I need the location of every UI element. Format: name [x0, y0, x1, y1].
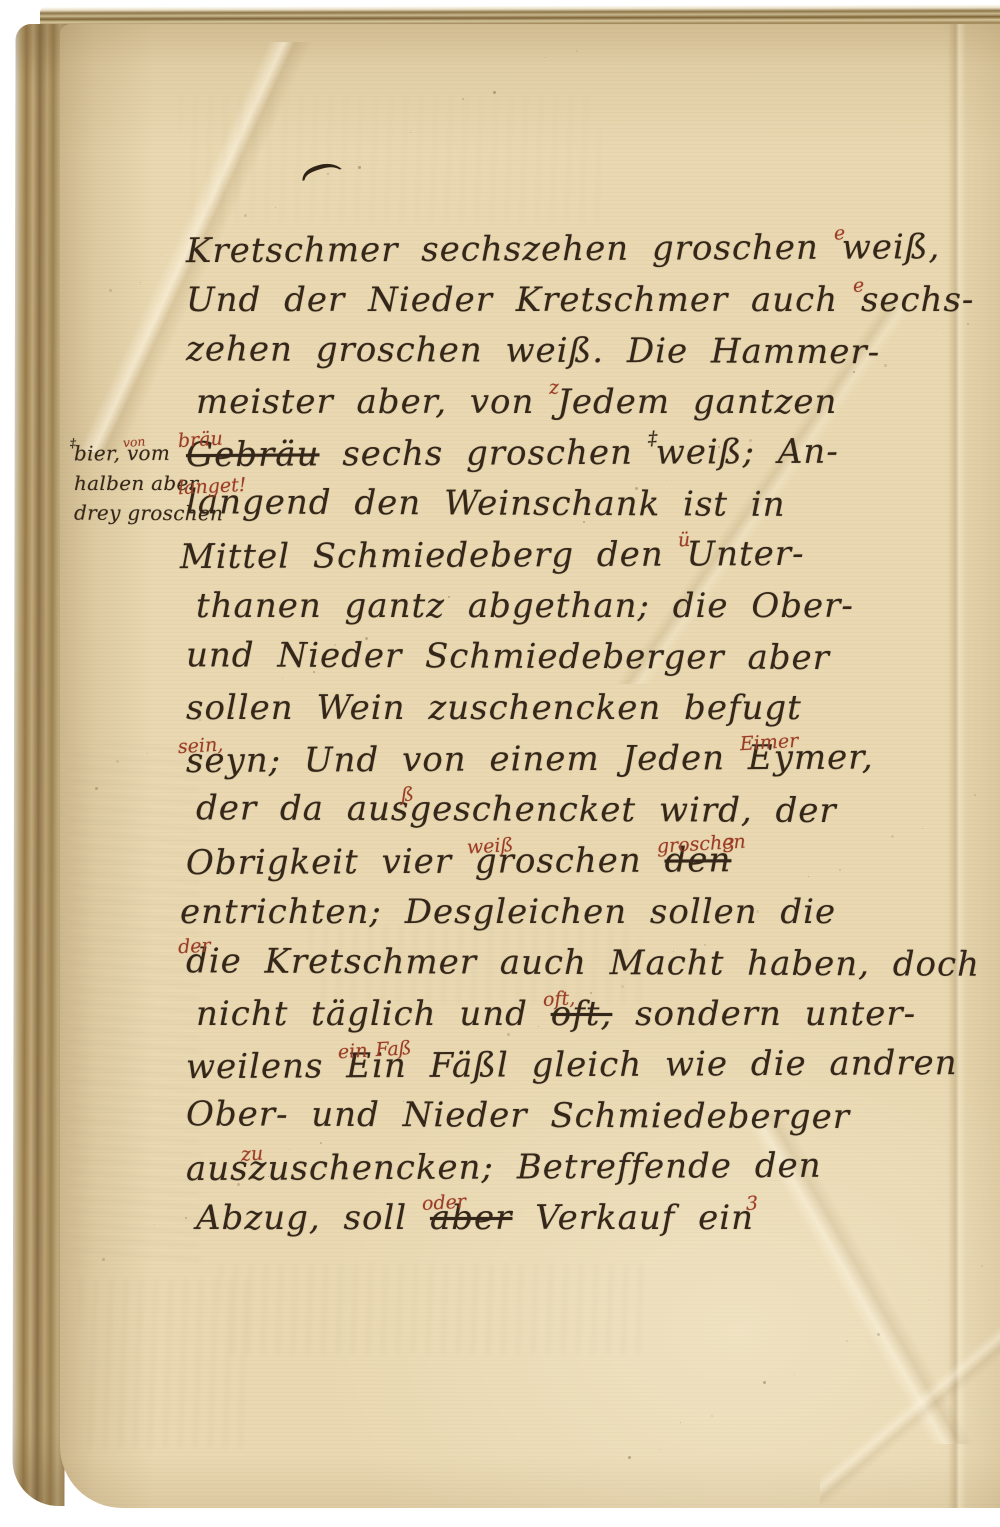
manuscript-line: langet!langend den Weinschank ist in — [186, 477, 996, 532]
manuscript-line: auszuzuschencken; Betreffende den — [186, 1140, 996, 1195]
paper-speck — [711, 1415, 713, 1417]
ink-text: weiß, — [842, 227, 941, 268]
manuscript-line: Ober- und Nieder Schmiedeberger — [186, 1089, 996, 1144]
paper-speck — [147, 753, 148, 754]
manuscript-line: zehen groschen weiß. Die Hammer- — [186, 324, 996, 379]
ink-text: thanen gantz abgethan; die Ober- — [196, 586, 854, 626]
ink-text: und Nieder Schmiedeberger aber — [186, 635, 830, 678]
ink-text: die Kretschmer auch Macht haben, doch — [186, 941, 980, 984]
paper-speck — [358, 166, 361, 169]
ink-text: entrichten; Desgleichen sollen die — [180, 892, 836, 932]
ink-text: sechs- — [861, 280, 974, 320]
ink-text: sondern unter- — [612, 994, 916, 1034]
manuscript-line: sein,seyn; Und von einem Jeden EimerEyme… — [186, 732, 996, 787]
paper-speck — [410, 132, 411, 133]
manuscript-line: Abzug, soll oderaber Verkauf ein3 — [196, 1193, 996, 1244]
ink-text: sechs groschen — [319, 433, 655, 475]
paper-speck — [154, 1224, 155, 1225]
paper-speck — [877, 1333, 880, 1336]
ink-text: Mittel Schmiedeberg den — [180, 534, 687, 577]
ink-text: Ein Fäßl gleich wie die andren — [346, 1043, 958, 1086]
paper-speck — [462, 98, 464, 100]
paper-speck — [109, 289, 112, 292]
opening-flourish-stroke: ( — [294, 150, 347, 189]
paper-speck — [981, 1265, 983, 1267]
paper-speck — [102, 1258, 105, 1261]
manuscript-line: weilens ein FaßEin Fäßl gleich wie die a… — [186, 1038, 996, 1093]
ink-text: weilens — [186, 1046, 346, 1087]
ink-bleedthrough — [220, 1264, 650, 1354]
ink-text: bier, — [74, 441, 127, 465]
manuscript-line: Und der Nieder Kretschmer auch esechs- — [186, 275, 996, 326]
ink-text: langend den Weinschank ist in — [186, 482, 786, 525]
manuscript-line: Mittel Schmiedeberg den üUnter- — [180, 528, 996, 583]
ink-text: zehen groschen weiß. Die Hammer- — [186, 329, 880, 372]
manuscript-line: sollen Wein zuschencken befugt — [186, 683, 996, 734]
paper-speck — [659, 1449, 660, 1450]
ink-text: Obrigkeit vier — [186, 842, 475, 884]
manuscript-page: ( ‡bier, vonvomhalben aberdrey groschen … — [60, 24, 1000, 1508]
paper-speck — [140, 282, 141, 283]
manuscript-line: Obrigkeit vier weißgroschen groschenden3 — [186, 834, 996, 889]
manuscript-scan: ( ‡bier, vonvomhalben aberdrey groschen … — [0, 0, 1000, 1527]
manuscript-line: der da ausßgeschencket wird, der — [196, 783, 996, 837]
ink-bleedthrough — [180, 94, 600, 224]
paper-speck — [576, 50, 578, 52]
ink-text: Jedem gantzen — [557, 382, 837, 422]
ink-text: sollen Wein zuschencken befugt — [186, 688, 802, 728]
bottom-crease — [820, 1304, 1000, 1504]
paper-speck — [116, 760, 119, 763]
manuscript-line: und Nieder Schmiedeberger aber — [186, 630, 996, 685]
paper-speck — [846, 1340, 848, 1342]
rubric-correction: sein, — [176, 722, 179, 773]
ink-text: seyn; Und von einem Jeden — [186, 738, 748, 781]
ink-bleedthrough — [70, 744, 200, 1264]
ink-text: Kretschmer sechszehen groschen — [186, 228, 842, 271]
ink-text: zuschencken; Betreffende den — [249, 1146, 822, 1189]
manuscript-line: nicht täglich und oft,oft, sondern unter… — [196, 989, 996, 1040]
paper-speck — [161, 255, 162, 256]
manuscript-text-block: Kretschmer sechszehen groschen eweiß,Und… — [186, 224, 996, 1244]
paper-speck — [763, 1381, 766, 1384]
manuscript-line: thanen gantz abgethan; die Ober- — [196, 581, 996, 632]
paper-speck — [244, 214, 247, 217]
ink-text: meister aber, von — [196, 382, 557, 422]
manuscript-line: derdie Kretschmer auch Macht haben, doch — [186, 936, 996, 991]
rubric-correction: der — [177, 922, 179, 973]
manuscript-line: Kretschmer sechszehen groschen eweiß, — [186, 222, 996, 277]
ink-text: Unter- — [686, 534, 804, 575]
paper-speck — [95, 787, 98, 790]
paper-speck — [680, 1422, 681, 1423]
ink-text: Verkauf ein — [512, 1198, 754, 1238]
paper-speck — [929, 1299, 930, 1300]
ink-text: nicht täglich und — [196, 994, 551, 1034]
ink-text: Abzug, soll — [196, 1198, 430, 1238]
ink-text: Ober- und Nieder Schmiedeberger — [186, 1094, 850, 1137]
ink-bleedthrough — [80, 1279, 250, 1449]
paper-speck — [794, 1374, 795, 1375]
ink-text: geschencket wird, der — [409, 789, 836, 831]
paper-speck — [545, 57, 546, 58]
paper-speck — [275, 207, 276, 208]
paper-speck — [493, 91, 496, 94]
ink-text: ‡ — [69, 428, 71, 458]
manuscript-line: meister aber, von zJedem gantzen — [196, 377, 996, 428]
paper-speck — [628, 1456, 631, 1459]
ink-text: aus — [186, 1149, 249, 1189]
ink-text: weiß; An- — [656, 432, 839, 473]
manuscript-line: entrichten; Desgleichen sollen die — [180, 887, 996, 938]
manuscript-line: bräuGebräu sechs groschen ‡weiß; An- — [186, 426, 996, 481]
ink-text: Und der Nieder Kretschmer auch — [186, 280, 861, 320]
ink-text: der da aus — [196, 788, 410, 829]
